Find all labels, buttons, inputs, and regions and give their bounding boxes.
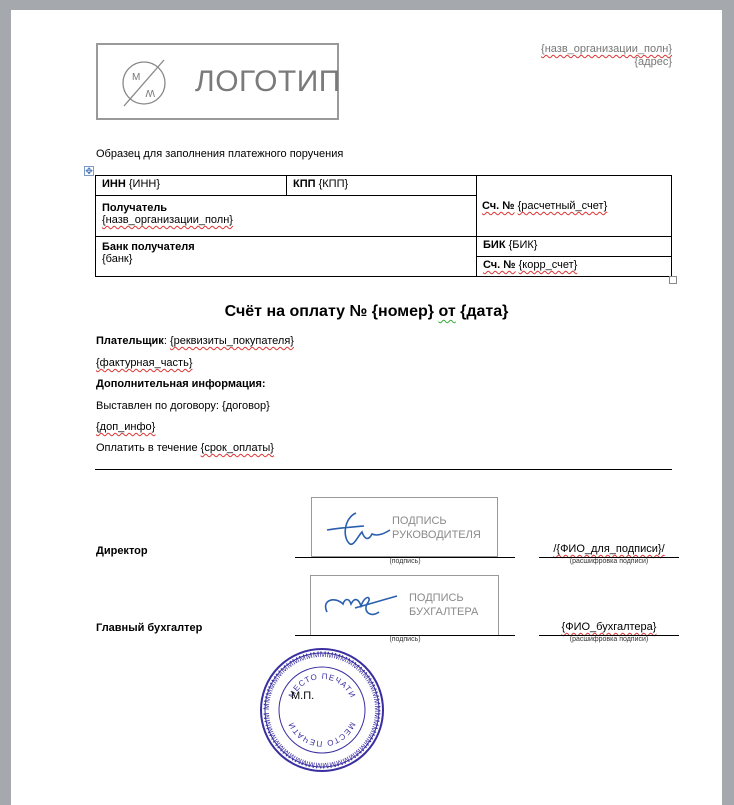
bik-cell: БИК {БИК} (477, 237, 672, 257)
seal-stamp-icon: ММММММММММММММММММММММММММММММММММММММММ… (259, 647, 385, 773)
seal-mp-label: М.П. (291, 690, 314, 702)
inn-cell: ИНН {ИНН} (96, 176, 287, 196)
sample-caption: Образец для заполнения платежного поруче… (96, 148, 343, 160)
extra-info-value: {доп_инфо} (96, 421, 155, 433)
org-name: {назв_организации_полн} (541, 43, 672, 56)
logo-text: ЛОГОТИП (195, 65, 341, 99)
accountant-stamp-text: ПОДПИСЬ БУХГАЛТЕРА (409, 591, 478, 619)
organization-header: {назв_организации_полн} {адрес} (541, 43, 672, 69)
svg-text:W: W (145, 87, 155, 98)
accountant-sign-caption: (подпись) (295, 636, 515, 643)
director-signature-image: ПОДПИСЬ РУКОВОДИТЕЛЯ (311, 497, 498, 557)
director-fio-caption: (расшифровка подписи) (539, 558, 679, 565)
logo-placeholder: M W ЛОГОТИП (96, 43, 339, 120)
document-page: M W ЛОГОТИП {назв_организации_полн} {адр… (11, 10, 722, 805)
logo-mark-icon: M W (118, 57, 170, 109)
director-sign-caption: (подпись) (295, 558, 515, 565)
accountant-fio-caption: (расшифровка подписи) (539, 636, 679, 643)
payment-details-table: ИНН {ИНН} КПП {КПП} Сч. № {расчетный_сче… (95, 175, 672, 277)
svg-text:ММММММММММММММММММММММММММММММ: ММММММММММММММММММММММММММММММММММММММММ… (262, 650, 382, 770)
corr-account-cell: Сч. № {корр_счет} (477, 257, 672, 277)
svg-text:МЕСТО ПЕЧАТИ: МЕСТО ПЕЧАТИ (287, 720, 358, 748)
recipient-cell: Получатель {назв_организации_полн} (96, 196, 477, 237)
accountant-signature-image: ПОДПИСЬ БУХГАЛТЕРА (310, 575, 499, 636)
contract-line: Выставлен по договору: {договор} (96, 400, 270, 412)
accountant-role: Главный бухгалтер (96, 622, 202, 634)
divider (95, 469, 672, 470)
director-fio: /{ФИО_для_подписи}/ (539, 543, 679, 555)
bank-cell: Банк получателя {банк} (96, 237, 477, 277)
accountant-fio: {ФИО_бухгалтера} (539, 621, 679, 633)
payer-line: Плательщик: {реквизиты_покупателя} (96, 335, 294, 347)
table-resize-handle[interactable] (669, 276, 677, 284)
director-role: Директор (96, 545, 148, 557)
invoice-title: Счёт на оплату № {номер} от {дата} (11, 303, 722, 321)
payment-term-line: Оплатить в течение {срок_оплаты} (96, 442, 274, 454)
account-cell: Сч. № {расчетный_счет} (477, 176, 672, 237)
table-move-handle-icon[interactable]: ✥ (84, 166, 94, 176)
signature-scribble-icon (321, 590, 399, 620)
svg-text:M: M (132, 72, 140, 83)
org-address: {адрес} (541, 56, 672, 69)
director-stamp-text: ПОДПИСЬ РУКОВОДИТЕЛЯ (392, 514, 481, 542)
signature-scribble-icon (324, 508, 394, 548)
extra-info-label: Дополнительная информация: (96, 378, 266, 390)
kpp-cell: КПП {КПП} (287, 176, 477, 196)
invoice-part: {фактурная_часть} (96, 357, 193, 369)
